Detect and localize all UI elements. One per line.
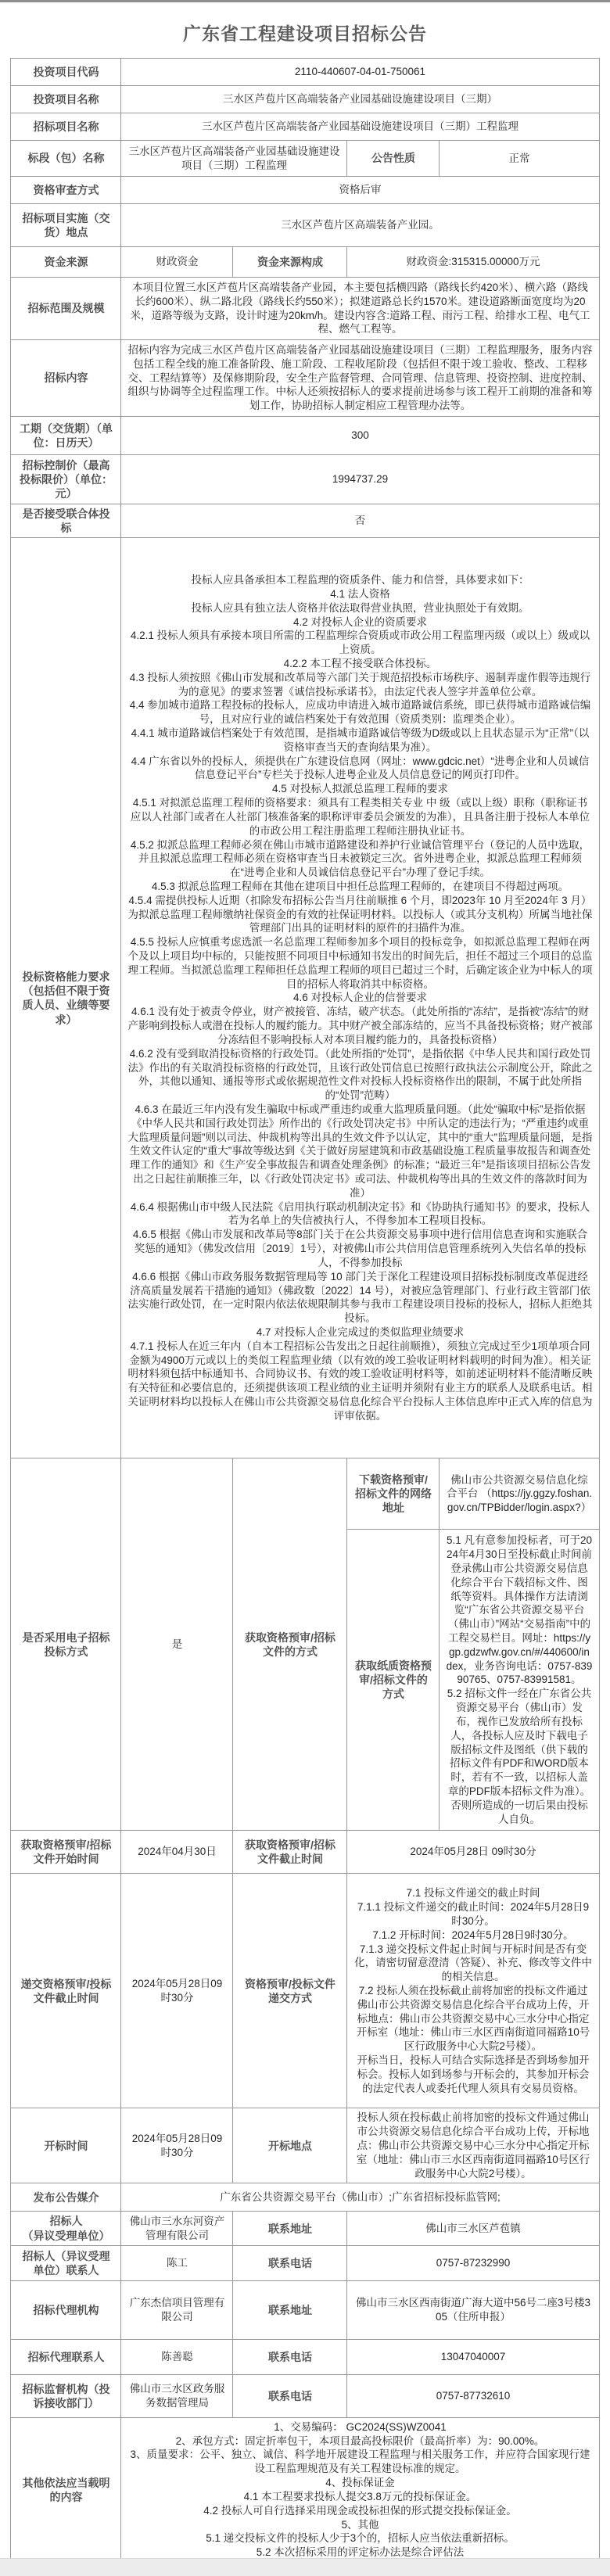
tenderer-label: 招标人 （异议受理单位） [11,2212,121,2245]
invest-name-value: 三水区芦苞片区高端装备产业园基础设施建设项目（三期） [121,86,599,113]
table-row: 其他依法应当载明的内容 1、交易编码： GC2024(SS)WZ0041 2、承… [11,2417,599,2562]
notice-nature-label: 公告性质 [347,141,440,177]
table-row: 递交资格预审/投标文件截止时间 2024年05月28日09时30分 资格预审/投… [11,1874,599,2108]
consortium-value: 否 [121,504,599,538]
qualification-method-value: 资格后审 [121,177,599,204]
obtain-end-label: 获取资格预审/招标文件截止时间 [233,1831,347,1874]
duration-label: 工期（交货期）（单位：日历天） [11,417,121,455]
fund-source-label: 资金来源 [11,247,121,278]
opening-place-label: 开标地点 [233,2108,347,2183]
tender-name-value: 三水区芦苞片区高端装备产业园基础设施建设项目（三期）工程监理 [121,113,599,141]
tenderer-value: 佛山市三水东河资产管理有限公司 [121,2212,233,2245]
content-label: 招标内容 [11,340,121,417]
agency-tel-label: 联系电话 [233,2339,347,2374]
invest-name-label: 投资项目名称 [11,86,121,113]
consortium-label: 是否接受联合体投标 [11,504,121,538]
agency-tel-value: 13047040007 [347,2339,599,2374]
table-row: 开标时间 2024年05月28日09时30分 开标地点 投标人须在投标截止前将加… [11,2108,599,2183]
project-code-value: 2110-440607-04-01-750061 [121,59,599,86]
supervisor-tel-value: 0757-87732610 [347,2374,599,2417]
table-row: 资格审查方式 资格后审 [11,177,599,204]
notice-nature-value: 正常 [440,141,599,177]
table-row: 招标代理机构 广东杰信项目管理有限公司 联系地址 佛山市三水区西南街道广海大道中… [11,2280,599,2339]
paper-method-label: 获取纸质资格预审/招标文件的方式 [347,1530,440,1831]
tender-name-label: 招标项目名称 [11,113,121,141]
supervisor-tel-label: 联系电话 [233,2374,347,2417]
obtain-method-label: 获取资格预审/招标文件的方式 [233,1458,347,1831]
agency-addr-label: 联系地址 [233,2280,347,2339]
tenderer-contact-label: 招标人（异议受理单位）联系人 [11,2245,121,2280]
content-value: 招标内容为完成三水区芦苞片区高端装备产业园基础设施建设项目（三期）工程监理服务，… [121,340,599,417]
table-row: 招标代理联系人 陈善聪 联系电话 13047040007 [11,2339,599,2374]
media-value: 广东省公共资源交易平台（佛山市）;广东省招标投标监管网; [121,2183,599,2212]
table-row: 招标控制价（最高投标限价）（单位：元） 1994737.29 [11,455,599,504]
tenderer-contact-value: 陈工 [121,2245,233,2280]
media-label: 发布公告媒介 [11,2183,121,2212]
e-bidding-label: 是否采用电子招标投标方式 [11,1458,121,1831]
project-code-label: 投资项目代码 [11,59,121,86]
table-row: 招标监督机构（投诉接收部门） 佛山市三水区政务服务数据管理局 联系电话 0757… [11,2374,599,2417]
announcement-page: 广东省工程建设项目招标公告 投资项目代码 2110-440607-04-01-7… [0,0,610,2576]
table-row: 获取资格预审/招标文件开始时间 2024年04月30日 获取资格预审/招标文件截… [11,1831,599,1874]
agency-value: 广东杰信项目管理有限公司 [121,2280,233,2339]
table-row: 工期（交货期）（单位：日历天） 300 [11,417,599,455]
qualification-req-label: 投标资格能力要求（包括但不限于资质人员、业绩等要求） [11,538,121,1458]
table-row: 招标范围及规模 本项目位置三水区芦苞片区高端装备产业园，本主要包括横四路（路线长… [11,278,599,340]
opening-place-value: 投标人须在投标截止前将加密的投标文件通过佛山市公共资源交易信息化综合平台成功上传… [347,2108,599,2183]
agency-contact-value: 陈善聪 [121,2339,233,2374]
table-row: 招标项目实施（交货）地点 三水区芦苞片区高端装备产业园。 [11,204,599,247]
page-title: 广东省工程建设项目招标公告 [0,2,610,58]
download-url-value: 佛山市公共资源交易信息化综合平台 （https://jy.ggzy.foshan… [440,1458,599,1530]
footer-strip [0,2558,610,2576]
obtain-end-value: 2024年05月28日 09时30分 [347,1831,599,1874]
agency-label: 招标代理机构 [11,2280,121,2339]
agency-addr-value: 佛山市三水区西南街道广海大道中56号二座3号楼305（住所申报） [347,2280,599,2339]
table-row: 投资项目代码 2110-440607-04-01-750061 [11,59,599,86]
tenderer-tel-label: 联系电话 [233,2245,347,2280]
submission-method-label: 资格预审/投标文件递交方式 [233,1874,347,2108]
announcement-table: 投资项目代码 2110-440607-04-01-750061 投资项目名称 三… [10,58,599,2563]
submission-deadline-value: 2024年05月28日09时30分 [121,1874,233,2108]
tenderer-addr-label: 联系地址 [233,2212,347,2245]
opening-time-value: 2024年05月28日09时30分 [121,2108,233,2183]
table-row: 招标人（异议受理单位）联系人 陈工 联系电话 0757-87232990 [11,2245,599,2280]
obtain-start-label: 获取资格预审/招标文件开始时间 [11,1831,121,1874]
table-row: 是否采用电子招标投标方式 是 获取资格预审/招标文件的方式 下载资格预审/招标文… [11,1458,599,1530]
opening-time-label: 开标时间 [11,2108,121,2183]
table-row: 发布公告媒介 广东省公共资源交易平台（佛山市）;广东省招标投标监管网; [11,2183,599,2212]
e-bidding-value: 是 [121,1458,233,1831]
paper-method-value: 5.1 凡有意参加投标者，可于2024年4月30日至投标截止时间前登录佛山市公共… [440,1530,599,1831]
table-row: 招标项目名称 三水区芦苞片区高端装备产业园基础设施建设项目（三期）工程监理 [11,113,599,141]
control-price-label: 招标控制价（最高投标限价）（单位：元） [11,455,121,504]
supervisor-value: 佛山市三水区政务服务数据管理局 [121,2374,233,2417]
location-label: 招标项目实施（交货）地点 [11,204,121,247]
control-price-value: 1994737.29 [121,455,599,504]
scope-label: 招标范围及规模 [11,278,121,340]
qualification-method-label: 资格审查方式 [11,177,121,204]
obtain-start-value: 2024年04月30日 [121,1831,233,1874]
table-row: 投标资格能力要求（包括但不限于资质人员、业绩等要求） 投标人应具备承担本工程监理… [11,538,599,1458]
other-content-value: 1、交易编码： GC2024(SS)WZ0041 2、承包方式：固定折率包干，本… [121,2417,599,2562]
submission-deadline-label: 递交资格预审/投标文件截止时间 [11,1874,121,2108]
table-row: 投资项目名称 三水区芦苞片区高端装备产业园基础设施建设项目（三期） [11,86,599,113]
scope-value: 本项目位置三水区芦苞片区高端装备产业园，本主要包括横四路（路线长约420米）、横… [121,278,599,340]
download-url-label: 下载资格预审/招标文件的网络地址 [347,1458,440,1530]
section-name-value: 三水区芦苞片区高端装备产业园基础设施建设项目（三期）工程监理 [121,141,347,177]
submission-method-value: 7.1 投标文件递交的截止时间 7.1.1 投标文件递交的截止时间：2024年5… [347,1874,599,2108]
duration-value: 300 [121,417,599,455]
location-value: 三水区芦苞片区高端装备产业园。 [121,204,599,247]
other-content-label: 其他依法应当载明的内容 [11,2417,121,2562]
table-row: 标段（包）名称 三水区芦苞片区高端装备产业园基础设施建设项目（三期）工程监理 公… [11,141,599,177]
fund-composition-label: 资金来源构成 [233,247,347,278]
supervisor-label: 招标监督机构（投诉接收部门） [11,2374,121,2417]
section-name-label: 标段（包）名称 [11,141,121,177]
table-row: 资金来源 财政资金 资金来源构成 财政资金:315315.00000万元 [11,247,599,278]
tenderer-addr-value: 佛山市三水区芦苞镇 [347,2212,599,2245]
tenderer-tel-value: 0757-87232990 [347,2245,599,2280]
table-row: 是否接受联合体投标 否 [11,504,599,538]
table-row: 招标人 （异议受理单位） 佛山市三水东河资产管理有限公司 联系地址 佛山市三水区… [11,2212,599,2245]
agency-contact-label: 招标代理联系人 [11,2339,121,2374]
qualification-req-value: 投标人应具备承担本工程监理的资质条件、能力和信誉，具体要求如下： 4.1 法人资… [121,538,599,1458]
table-row: 招标内容 招标内容为完成三水区芦苞片区高端装备产业园基础设施建设项目（三期）工程… [11,340,599,417]
fund-source-value: 财政资金 [121,247,233,278]
fund-composition-value: 财政资金:315315.00000万元 [347,247,599,278]
